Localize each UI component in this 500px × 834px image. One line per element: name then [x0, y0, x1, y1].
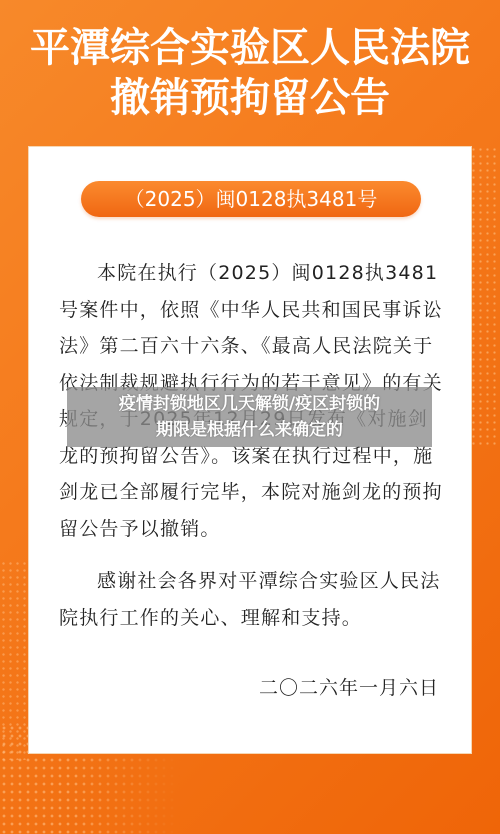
notice-card: （2025）闽0128执3481号 本院在执行（2025）闽0128执3481号… — [28, 146, 472, 754]
caption-overlay: 疫情封锁地区几天解锁/疫区封锁的 期限是根据什么来确定的 — [67, 387, 432, 447]
decorative-dot-pattern-right — [470, 146, 500, 446]
notice-title: 撤销预拘留公告 — [0, 74, 500, 122]
caption-line-2: 期限是根据什么来确定的 — [67, 417, 432, 443]
notice-paragraph-2: 感谢社会各界对平潭综合实验区人民法院执行工作的关心、理解和支持。 — [59, 563, 444, 636]
court-name-title: 平潭综合实验区人民法院 — [0, 24, 500, 72]
caption-line-1: 疫情封锁地区几天解锁/疫区封锁的 — [67, 391, 432, 417]
case-number-badge: （2025）闽0128执3481号 — [81, 181, 421, 217]
notice-date: 二〇二六年一月六日 — [259, 673, 439, 700]
notice-header: 平潭综合实验区人民法院 撤销预拘留公告 — [0, 0, 500, 146]
